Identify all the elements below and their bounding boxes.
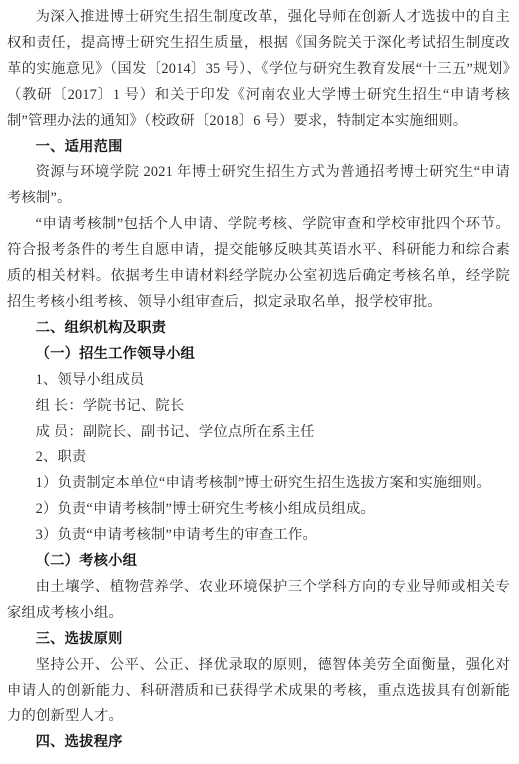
- paragraph-leading-group-members-title: 1、领导小组成员: [7, 368, 510, 394]
- heading-subsection-assessment-group: （二）考核小组: [7, 549, 510, 575]
- heading-section-2-organization: 二、组织机构及职责: [7, 316, 510, 342]
- heading-section-1-scope: 一、适用范围: [7, 135, 510, 161]
- paragraph-duties-title: 2、职责: [7, 445, 510, 471]
- heading-subsection-leading-group: （一）招生工作领导小组: [7, 342, 510, 368]
- paragraph-duty-2: 2）负责“申请考核制”博士研究生考核小组成员组成。: [7, 497, 510, 523]
- paragraph-scope-process: “申请考核制”包括个人申请、学院考核、学院审查和学校审批四个环节。符合报考条件的…: [7, 212, 510, 316]
- document-page: 为深入推进博士研究生招生制度改革，强化导师在创新人才选拔中的自主权和责任，提高博…: [0, 0, 519, 764]
- paragraph-duty-1: 1）负责制定本单位“申请考核制”博士研究生招生选拔方案和实施细则。: [7, 471, 510, 497]
- paragraph-group-members: 成 员：副院长、副书记、学位点所在系主任: [7, 420, 510, 446]
- paragraph-duty-3: 3）负责“申请考核制”申请考生的审查工作。: [7, 523, 510, 549]
- paragraph-group-leader: 组 长：学院书记、院长: [7, 394, 510, 420]
- paragraph-selection-principles: 坚持公开、公平、公正、择优录取的原则，德智体美劳全面衡量，强化对申请人的创新能力…: [7, 653, 510, 731]
- intro-paragraph: 为深入推进博士研究生招生制度改革，强化导师在创新人才选拔中的自主权和责任，提高博…: [7, 5, 510, 135]
- paragraph-scope-admission-mode: 资源与环境学院 2021 年博士研究生招生方式为普通招考博士研究生“申请考核制”…: [7, 160, 510, 212]
- paragraph-assessment-group-composition: 由土壤学、植物营养学、农业环境保护三个学科方向的专业导师或相关专家组成考核小组。: [7, 575, 510, 627]
- heading-section-3-selection-principles: 三、选拔原则: [7, 627, 510, 653]
- heading-section-4-selection-procedure: 四、选拔程序: [7, 730, 510, 756]
